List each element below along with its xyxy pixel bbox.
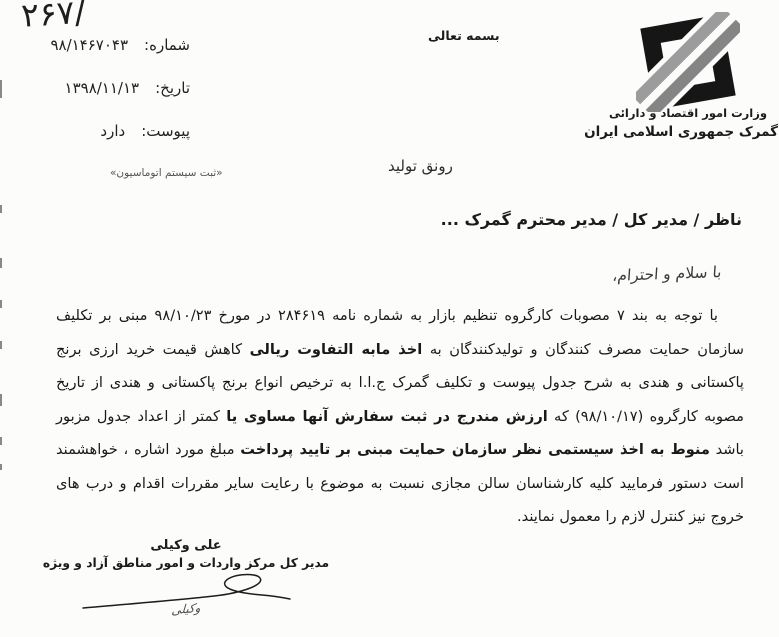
edge-artifact: [0, 464, 2, 470]
edge-artifact: [0, 437, 2, 445]
letter-number-row: شماره:۹۸/۱۴۶۷۰۴۳: [50, 36, 190, 54]
letter-number-value: ۹۸/۱۴۶۷۰۴۳: [50, 36, 128, 54]
ministry-name: وزارت امور اقتصاد و دارائی: [598, 106, 778, 120]
edge-artifact: [0, 205, 2, 213]
edge-artifact: [0, 300, 2, 308]
scanned-letter-page: ۲۶۷/ شماره:۹۸/۱۴۶۷۰۴۳ تاریخ:۱۳۹۸/۱۱/۱۳ پ…: [0, 0, 779, 637]
handwritten-registry-number: ۲۶۷/: [20, 0, 87, 35]
body-segment-bold: اخذ مابه التفاوت ریالی: [250, 341, 423, 358]
body-segment-bold: منوط به اخذ سیستمی نظر سازمان حمایت مبنی…: [240, 441, 710, 458]
organization-name: گمرک جمهوری اسلامی ایران: [598, 124, 778, 140]
signatory-title: مدیر کل مرکز واردات و امور مناطق آزاد و …: [36, 556, 336, 570]
bismillah-text: بسمه تعالی: [428, 28, 500, 43]
letter-date-row: تاریخ:۱۳۹۸/۱۱/۱۳: [50, 79, 190, 97]
letter-number-label: شماره:: [144, 36, 190, 54]
edge-artifact: [0, 394, 2, 406]
recipient-heading: ناظر / مدیر کل / مدیر محترم گمرک ...: [441, 210, 742, 229]
letter-attachment-label: پیوست:: [141, 122, 190, 140]
letterhead: وزارت امور اقتصاد و دارائی گمرک جمهوری ا…: [598, 12, 778, 140]
signature-block: علی وکیلی مدیر کل مرکز واردات و امور منا…: [36, 538, 336, 616]
letter-body: با توجه به بند ۷ مصوبات کارگروه تنظیم با…: [56, 299, 744, 534]
handwritten-salutation: با سلام و احترام،: [612, 263, 722, 285]
signatory-name: علی وکیلی: [36, 538, 336, 553]
edge-artifact: [0, 258, 2, 268]
iran-customs-logo-icon: [636, 12, 740, 112]
edge-artifact: [0, 80, 2, 98]
letter-date-label: تاریخ:: [155, 79, 190, 97]
body-segment-bold: ارزش مندرج در ثبت سفارش آنها مساوی یا: [226, 408, 547, 425]
letter-date-value: ۱۳۹۸/۱۱/۱۳: [65, 79, 140, 97]
letter-meta: شماره:۹۸/۱۴۶۷۰۴۳ تاریخ:۱۳۹۸/۱۱/۱۳ پیوست:…: [50, 36, 190, 165]
automation-registration-note: «ثبت سیستم اتوماسیون»: [110, 167, 223, 179]
year-slogan-text: رونق تولید: [388, 157, 453, 175]
edge-artifact: [0, 341, 2, 349]
letter-attachment-row: پیوست:دارد: [50, 122, 190, 140]
letter-attachment-value: دارد: [100, 122, 125, 140]
